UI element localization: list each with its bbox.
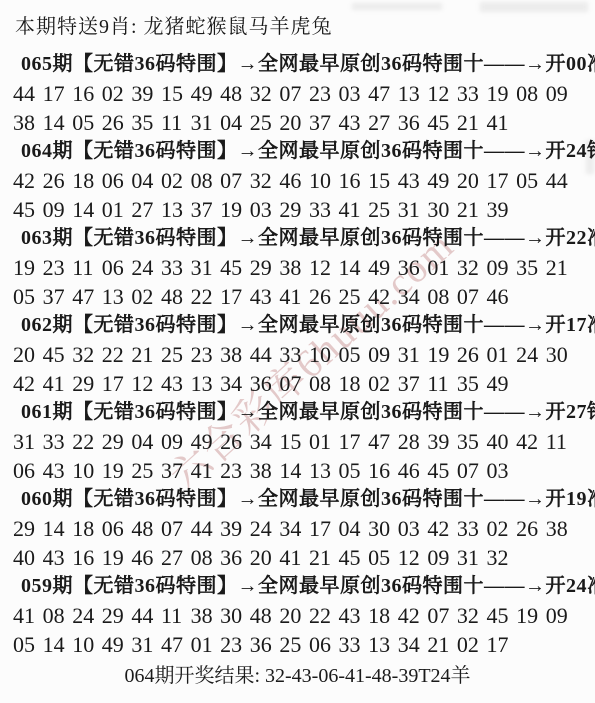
- number-cell: 22: [102, 340, 132, 369]
- number-cell: 44: [250, 340, 280, 369]
- number-cell: 42: [398, 601, 428, 630]
- number-cell: 37: [191, 195, 221, 224]
- number-cell: 14: [279, 456, 309, 485]
- number-cell: 29: [279, 195, 309, 224]
- number-cell: 30: [368, 514, 398, 543]
- number-cell: 43: [339, 108, 369, 137]
- number-cell: 45: [339, 543, 369, 572]
- numbers-row-1: 31332229040949263415011747283935404211: [0, 427, 595, 456]
- number-cell: 45: [13, 195, 43, 224]
- number-cell: 28: [398, 427, 428, 456]
- number-cell: 26: [309, 282, 339, 311]
- number-cell: 43: [250, 282, 280, 311]
- number-cell: 16: [72, 543, 102, 572]
- number-cell: 26: [43, 166, 73, 195]
- section-header: 065期【无错36码特围】→全网最早原创36码特围十——→开00准: [0, 50, 595, 79]
- period-section: 064期【无错36码特围】→全网最早原创36码特围十——→开24错 422618…: [0, 137, 595, 224]
- number-cell: 19: [427, 340, 457, 369]
- number-cell: 10: [72, 456, 102, 485]
- numbers-row-2: 0537471302482217434126254234080746: [0, 282, 595, 311]
- number-cell: 33: [161, 253, 191, 282]
- number-cell: 45: [43, 340, 73, 369]
- section-result: 开22准: [546, 227, 595, 249]
- number-cell: 27: [161, 543, 191, 572]
- number-cell: 14: [72, 195, 102, 224]
- number-cell: 39: [487, 195, 517, 224]
- number-cell: 49: [102, 630, 132, 659]
- number-cell: 35: [457, 369, 487, 398]
- number-cell: 20: [250, 543, 280, 572]
- number-cell: 47: [72, 282, 102, 311]
- number-cell: 10: [72, 630, 102, 659]
- number-cell: 30: [546, 340, 576, 369]
- number-cell: 21: [427, 630, 457, 659]
- number-cell: 21: [546, 253, 576, 282]
- number-cell: 06: [309, 630, 339, 659]
- number-cell: 13: [309, 456, 339, 485]
- number-cell: 03: [487, 456, 517, 485]
- numbers-row-1: 41082429441138304820224318420732451909: [0, 601, 595, 630]
- number-cell: 26: [220, 427, 250, 456]
- number-cell: 39: [220, 514, 250, 543]
- number-cell: 45: [427, 456, 457, 485]
- number-cell: 23: [309, 79, 339, 108]
- number-cell: 09: [487, 253, 517, 282]
- number-cell: 05: [13, 282, 43, 311]
- number-cell: 35: [516, 253, 546, 282]
- number-cell: 45: [220, 253, 250, 282]
- number-cell: 42: [13, 369, 43, 398]
- number-cell: 13: [398, 79, 428, 108]
- number-cell: 42: [427, 514, 457, 543]
- number-cell: 33: [457, 514, 487, 543]
- number-cell: 37: [43, 282, 73, 311]
- number-cell: 04: [131, 166, 161, 195]
- period-sections-container: 065期【无错36码特围】→全网最早原创36码特围十——→开00准 441716…: [0, 50, 595, 659]
- draw-result-line: 064期开奖结果: 32-43-06-41-48-39T24羊: [0, 661, 595, 691]
- number-cell: 18: [72, 514, 102, 543]
- section-title: 【无错36码特围】→全网最早原创36码特围十——→: [73, 401, 546, 423]
- number-cell: 05: [339, 456, 369, 485]
- number-cell: 39: [131, 79, 161, 108]
- number-cell: 07: [457, 456, 487, 485]
- number-cell: 26: [457, 340, 487, 369]
- number-cell: 25: [250, 108, 280, 137]
- number-cell: 38: [220, 340, 250, 369]
- numbers-row-2: 4241291712431334360708180237113549: [0, 369, 595, 398]
- number-cell: 29: [13, 514, 43, 543]
- number-cell: 48: [131, 514, 161, 543]
- number-cell: 06: [102, 253, 132, 282]
- number-cell: 47: [161, 630, 191, 659]
- number-cell: 09: [368, 340, 398, 369]
- number-cell: 08: [516, 79, 546, 108]
- number-cell: 49: [191, 79, 221, 108]
- number-cell: 38: [13, 108, 43, 137]
- section-header: 064期【无错36码特围】→全网最早原创36码特围十——→开24错: [0, 137, 595, 166]
- number-cell: 08: [309, 369, 339, 398]
- number-cell: 40: [13, 543, 43, 572]
- number-cell: 06: [102, 166, 132, 195]
- period-section: 059期【无错36码特围】→全网最早原创36码特围十——→开24准 410824…: [0, 572, 595, 659]
- number-cell: 09: [161, 427, 191, 456]
- number-cell: 02: [161, 166, 191, 195]
- number-cell: 10: [309, 166, 339, 195]
- number-cell: 49: [191, 427, 221, 456]
- period-section: 065期【无错36码特围】→全网最早原创36码特围十——→开00准 441716…: [0, 50, 595, 137]
- number-cell: 05: [368, 543, 398, 572]
- number-cell: 22: [72, 427, 102, 456]
- number-cell: 22: [191, 282, 221, 311]
- number-cell: 14: [43, 630, 73, 659]
- number-cell: 30: [427, 195, 457, 224]
- number-cell: 01: [102, 195, 132, 224]
- number-cell: 15: [279, 427, 309, 456]
- period-label: 063期: [21, 227, 73, 249]
- number-cell: 33: [279, 340, 309, 369]
- section-header: 063期【无错36码特围】→全网最早原创36码特围十——→开22准: [0, 224, 595, 253]
- number-cell: 31: [131, 630, 161, 659]
- number-cell: 07: [427, 601, 457, 630]
- number-cell: 21: [309, 543, 339, 572]
- number-cell: 16: [339, 166, 369, 195]
- number-cell: 41: [487, 108, 517, 137]
- number-cell: 25: [279, 630, 309, 659]
- number-cell: 44: [131, 601, 161, 630]
- number-cell: 20: [279, 108, 309, 137]
- number-cell: 06: [102, 514, 132, 543]
- lottery-tips-page: 本期特送9肖: 龙猪蛇猴鼠马羊虎兔 065期【无错36码特围】→全网最早原创36…: [0, 0, 595, 703]
- number-cell: 29: [102, 601, 132, 630]
- number-cell: 47: [368, 79, 398, 108]
- number-cell: 04: [220, 108, 250, 137]
- number-cell: 26: [102, 108, 132, 137]
- number-cell: 01: [309, 427, 339, 456]
- number-cell: 43: [43, 456, 73, 485]
- number-cell: 41: [279, 282, 309, 311]
- number-cell: 13: [102, 282, 132, 311]
- number-cell: 02: [487, 514, 517, 543]
- number-cell: 37: [161, 456, 191, 485]
- number-cell: 22: [309, 601, 339, 630]
- number-cell: 32: [457, 601, 487, 630]
- number-cell: 19: [13, 253, 43, 282]
- number-cell: 03: [250, 195, 280, 224]
- section-result: 开00准: [546, 53, 595, 75]
- number-cell: 32: [250, 79, 280, 108]
- number-cell: 36: [220, 543, 250, 572]
- number-cell: 31: [191, 108, 221, 137]
- number-cell: 13: [161, 195, 191, 224]
- number-cell: 19: [516, 601, 546, 630]
- number-cell: 08: [43, 601, 73, 630]
- number-cell: 07: [279, 369, 309, 398]
- numbers-row-1: 42261806040208073246101615434920170544: [0, 166, 595, 195]
- number-cell: 34: [220, 369, 250, 398]
- number-cell: 33: [309, 195, 339, 224]
- section-header: 061期【无错36码特围】→全网最早原创36码特围十——→开27错: [0, 398, 595, 427]
- number-cell: 48: [161, 282, 191, 311]
- number-cell: 43: [161, 369, 191, 398]
- number-cell: 31: [398, 340, 428, 369]
- numbers-row-1: 29141806480744392434170430034233022638: [0, 514, 595, 543]
- number-cell: 49: [368, 253, 398, 282]
- number-cell: 19: [102, 456, 132, 485]
- number-cell: 12: [309, 253, 339, 282]
- number-cell: 34: [398, 630, 428, 659]
- number-cell: 44: [546, 166, 576, 195]
- section-title: 【无错36码特围】→全网最早原创36码特围十——→: [73, 53, 546, 75]
- number-cell: 07: [279, 79, 309, 108]
- number-cell: 37: [309, 108, 339, 137]
- number-cell: 25: [339, 282, 369, 311]
- period-section: 062期【无错36码特围】→全网最早原创36码特围十——→开17准 204532…: [0, 311, 595, 398]
- number-cell: 42: [13, 166, 43, 195]
- number-cell: 14: [43, 514, 73, 543]
- period-section: 063期【无错36码特围】→全网最早原创36码特围十——→开22准 192311…: [0, 224, 595, 311]
- number-cell: 05: [339, 340, 369, 369]
- number-cell: 17: [487, 630, 517, 659]
- number-cell: 30: [220, 601, 250, 630]
- number-cell: 31: [398, 195, 428, 224]
- number-cell: 14: [43, 108, 73, 137]
- number-cell: 46: [131, 543, 161, 572]
- number-cell: 08: [427, 282, 457, 311]
- number-cell: 07: [161, 514, 191, 543]
- number-cell: 37: [398, 369, 428, 398]
- number-cell: 35: [131, 108, 161, 137]
- number-cell: 05: [516, 166, 546, 195]
- number-cell: 41: [191, 456, 221, 485]
- number-cell: 24: [72, 601, 102, 630]
- number-cell: 31: [191, 253, 221, 282]
- section-result: 开24错: [546, 140, 595, 162]
- numbers-row-1: 20453222212523384433100509311926012430: [0, 340, 595, 369]
- number-cell: 41: [13, 601, 43, 630]
- period-section: 061期【无错36码特围】→全网最早原创36码特围十——→开27错 313322…: [0, 398, 595, 485]
- number-cell: 18: [72, 166, 102, 195]
- number-cell: 23: [191, 340, 221, 369]
- number-cell: 17: [309, 514, 339, 543]
- number-cell: 13: [191, 369, 221, 398]
- number-cell: 11: [546, 427, 576, 456]
- period-label: 065期: [21, 53, 73, 75]
- number-cell: 17: [102, 369, 132, 398]
- numbers-row-2: 4509140127133719032933412531302139: [0, 195, 595, 224]
- number-cell: 32: [250, 166, 280, 195]
- number-cell: 02: [368, 369, 398, 398]
- number-cell: 04: [131, 427, 161, 456]
- section-title: 【无错36码特围】→全网最早原创36码特围十——→: [73, 227, 546, 249]
- number-cell: 20: [457, 166, 487, 195]
- number-cell: 31: [13, 427, 43, 456]
- period-label: 061期: [21, 401, 73, 423]
- number-cell: 43: [339, 601, 369, 630]
- numbers-row-2: 3814052635113104252037432736452141: [0, 108, 595, 137]
- number-cell: 19: [487, 79, 517, 108]
- number-cell: 14: [339, 253, 369, 282]
- number-cell: 19: [102, 543, 132, 572]
- number-cell: 17: [220, 282, 250, 311]
- number-cell: 47: [368, 427, 398, 456]
- number-cell: 10: [309, 340, 339, 369]
- number-cell: 34: [398, 282, 428, 311]
- number-cell: 17: [43, 79, 73, 108]
- number-cell: 11: [161, 601, 191, 630]
- numbers-row-2: 0643101925374123381413051646450703: [0, 456, 595, 485]
- number-cell: 35: [457, 427, 487, 456]
- number-cell: 29: [102, 427, 132, 456]
- number-cell: 27: [131, 195, 161, 224]
- number-cell: 09: [427, 543, 457, 572]
- number-cell: 02: [102, 79, 132, 108]
- section-header: 059期【无错36码特围】→全网最早原创36码特围十——→开24准: [0, 572, 595, 601]
- number-cell: 12: [427, 79, 457, 108]
- number-cell: 38: [250, 456, 280, 485]
- number-cell: 46: [279, 166, 309, 195]
- number-cell: 41: [43, 369, 73, 398]
- number-cell: 05: [72, 108, 102, 137]
- number-cell: 32: [457, 253, 487, 282]
- numbers-row-1: 19231106243331452938121449360132093521: [0, 253, 595, 282]
- number-cell: 20: [279, 601, 309, 630]
- number-cell: 11: [427, 369, 457, 398]
- number-cell: 29: [72, 369, 102, 398]
- number-cell: 33: [43, 427, 73, 456]
- number-cell: 02: [457, 630, 487, 659]
- number-cell: 43: [398, 166, 428, 195]
- number-cell: 25: [368, 195, 398, 224]
- number-cell: 13: [368, 630, 398, 659]
- number-cell: 25: [161, 340, 191, 369]
- section-header: 062期【无错36码特围】→全网最早原创36码特围十——→开17准: [0, 311, 595, 340]
- number-cell: 38: [279, 253, 309, 282]
- number-cell: 27: [368, 108, 398, 137]
- number-cell: 07: [220, 166, 250, 195]
- number-cell: 46: [487, 282, 517, 311]
- number-cell: 33: [339, 630, 369, 659]
- number-cell: 01: [487, 340, 517, 369]
- number-cell: 23: [220, 630, 250, 659]
- zodiac-tip-text: 本期特送9肖: 龙猪蛇猴鼠马羊虎兔: [15, 16, 333, 38]
- number-cell: 36: [250, 369, 280, 398]
- number-cell: 01: [427, 253, 457, 282]
- number-cell: 45: [487, 601, 517, 630]
- number-cell: 03: [398, 514, 428, 543]
- period-label: 059期: [21, 575, 73, 597]
- draw-result-value: 32-43-06-41-48-39T24羊: [265, 665, 471, 687]
- numbers-row-2: 4043161946270836204121450512093132: [0, 543, 595, 572]
- number-cell: 34: [279, 514, 309, 543]
- number-cell: 04: [339, 514, 369, 543]
- number-cell: 24: [516, 340, 546, 369]
- number-cell: 32: [487, 543, 517, 572]
- number-cell: 36: [398, 108, 428, 137]
- number-cell: 08: [191, 166, 221, 195]
- number-cell: 09: [546, 601, 576, 630]
- number-cell: 44: [191, 514, 221, 543]
- number-cell: 23: [43, 253, 73, 282]
- number-cell: 42: [368, 282, 398, 311]
- number-cell: 26: [516, 514, 546, 543]
- number-cell: 23: [220, 456, 250, 485]
- number-cell: 15: [368, 166, 398, 195]
- number-cell: 49: [487, 369, 517, 398]
- number-cell: 11: [72, 253, 102, 282]
- number-cell: 24: [250, 514, 280, 543]
- number-cell: 36: [398, 253, 428, 282]
- draw-result-label: 064期开奖结果:: [124, 665, 260, 687]
- section-result: 开24准: [546, 575, 595, 597]
- number-cell: 18: [368, 601, 398, 630]
- number-cell: 46: [398, 456, 428, 485]
- number-cell: 43: [43, 543, 73, 572]
- number-cell: 48: [220, 79, 250, 108]
- number-cell: 19: [220, 195, 250, 224]
- number-cell: 38: [191, 601, 221, 630]
- numbers-row-2: 0514104931470123362506331334210217: [0, 630, 595, 659]
- section-title: 【无错36码特围】→全网最早原创36码特围十——→: [73, 314, 546, 336]
- number-cell: 21: [457, 108, 487, 137]
- number-cell: 24: [131, 253, 161, 282]
- number-cell: 32: [72, 340, 102, 369]
- number-cell: 20: [13, 340, 43, 369]
- number-cell: 36: [250, 630, 280, 659]
- number-cell: 07: [457, 282, 487, 311]
- number-cell: 12: [131, 369, 161, 398]
- number-cell: 48: [250, 601, 280, 630]
- section-title: 【无错36码特围】→全网最早原创36码特围十——→: [73, 488, 546, 510]
- number-cell: 15: [161, 79, 191, 108]
- number-cell: 01: [191, 630, 221, 659]
- number-cell: 31: [457, 543, 487, 572]
- section-result: 开27错: [546, 401, 595, 423]
- number-cell: 16: [368, 456, 398, 485]
- number-cell: 41: [339, 195, 369, 224]
- number-cell: 39: [427, 427, 457, 456]
- number-cell: 44: [13, 79, 43, 108]
- number-cell: 25: [131, 456, 161, 485]
- number-cell: 45: [427, 108, 457, 137]
- number-cell: 12: [398, 543, 428, 572]
- number-cell: 03: [339, 79, 369, 108]
- number-cell: 21: [457, 195, 487, 224]
- number-cell: 09: [546, 79, 576, 108]
- number-cell: 21: [131, 340, 161, 369]
- number-cell: 11: [161, 108, 191, 137]
- period-section: 060期【无错36码特围】→全网最早原创36码特围十——→开19准 291418…: [0, 485, 595, 572]
- number-cell: 38: [546, 514, 576, 543]
- section-title: 【无错36码特围】→全网最早原创36码特围十——→: [73, 140, 546, 162]
- number-cell: 09: [43, 195, 73, 224]
- number-cell: 16: [72, 79, 102, 108]
- section-header: 060期【无错36码特围】→全网最早原创36码特围十——→开19准: [0, 485, 595, 514]
- number-cell: 17: [339, 427, 369, 456]
- number-cell: 49: [427, 166, 457, 195]
- number-cell: 08: [191, 543, 221, 572]
- numbers-row-1: 44171602391549483207230347131233190809: [0, 79, 595, 108]
- number-cell: 18: [339, 369, 369, 398]
- section-result: 开17准: [546, 314, 595, 336]
- number-cell: 05: [13, 630, 43, 659]
- number-cell: 41: [279, 543, 309, 572]
- period-label: 064期: [21, 140, 73, 162]
- number-cell: 29: [250, 253, 280, 282]
- number-cell: 02: [131, 282, 161, 311]
- zodiac-tip-line: 本期特送9肖: 龙猪蛇猴鼠马羊虎兔: [0, 0, 595, 50]
- number-cell: 34: [250, 427, 280, 456]
- number-cell: 06: [13, 456, 43, 485]
